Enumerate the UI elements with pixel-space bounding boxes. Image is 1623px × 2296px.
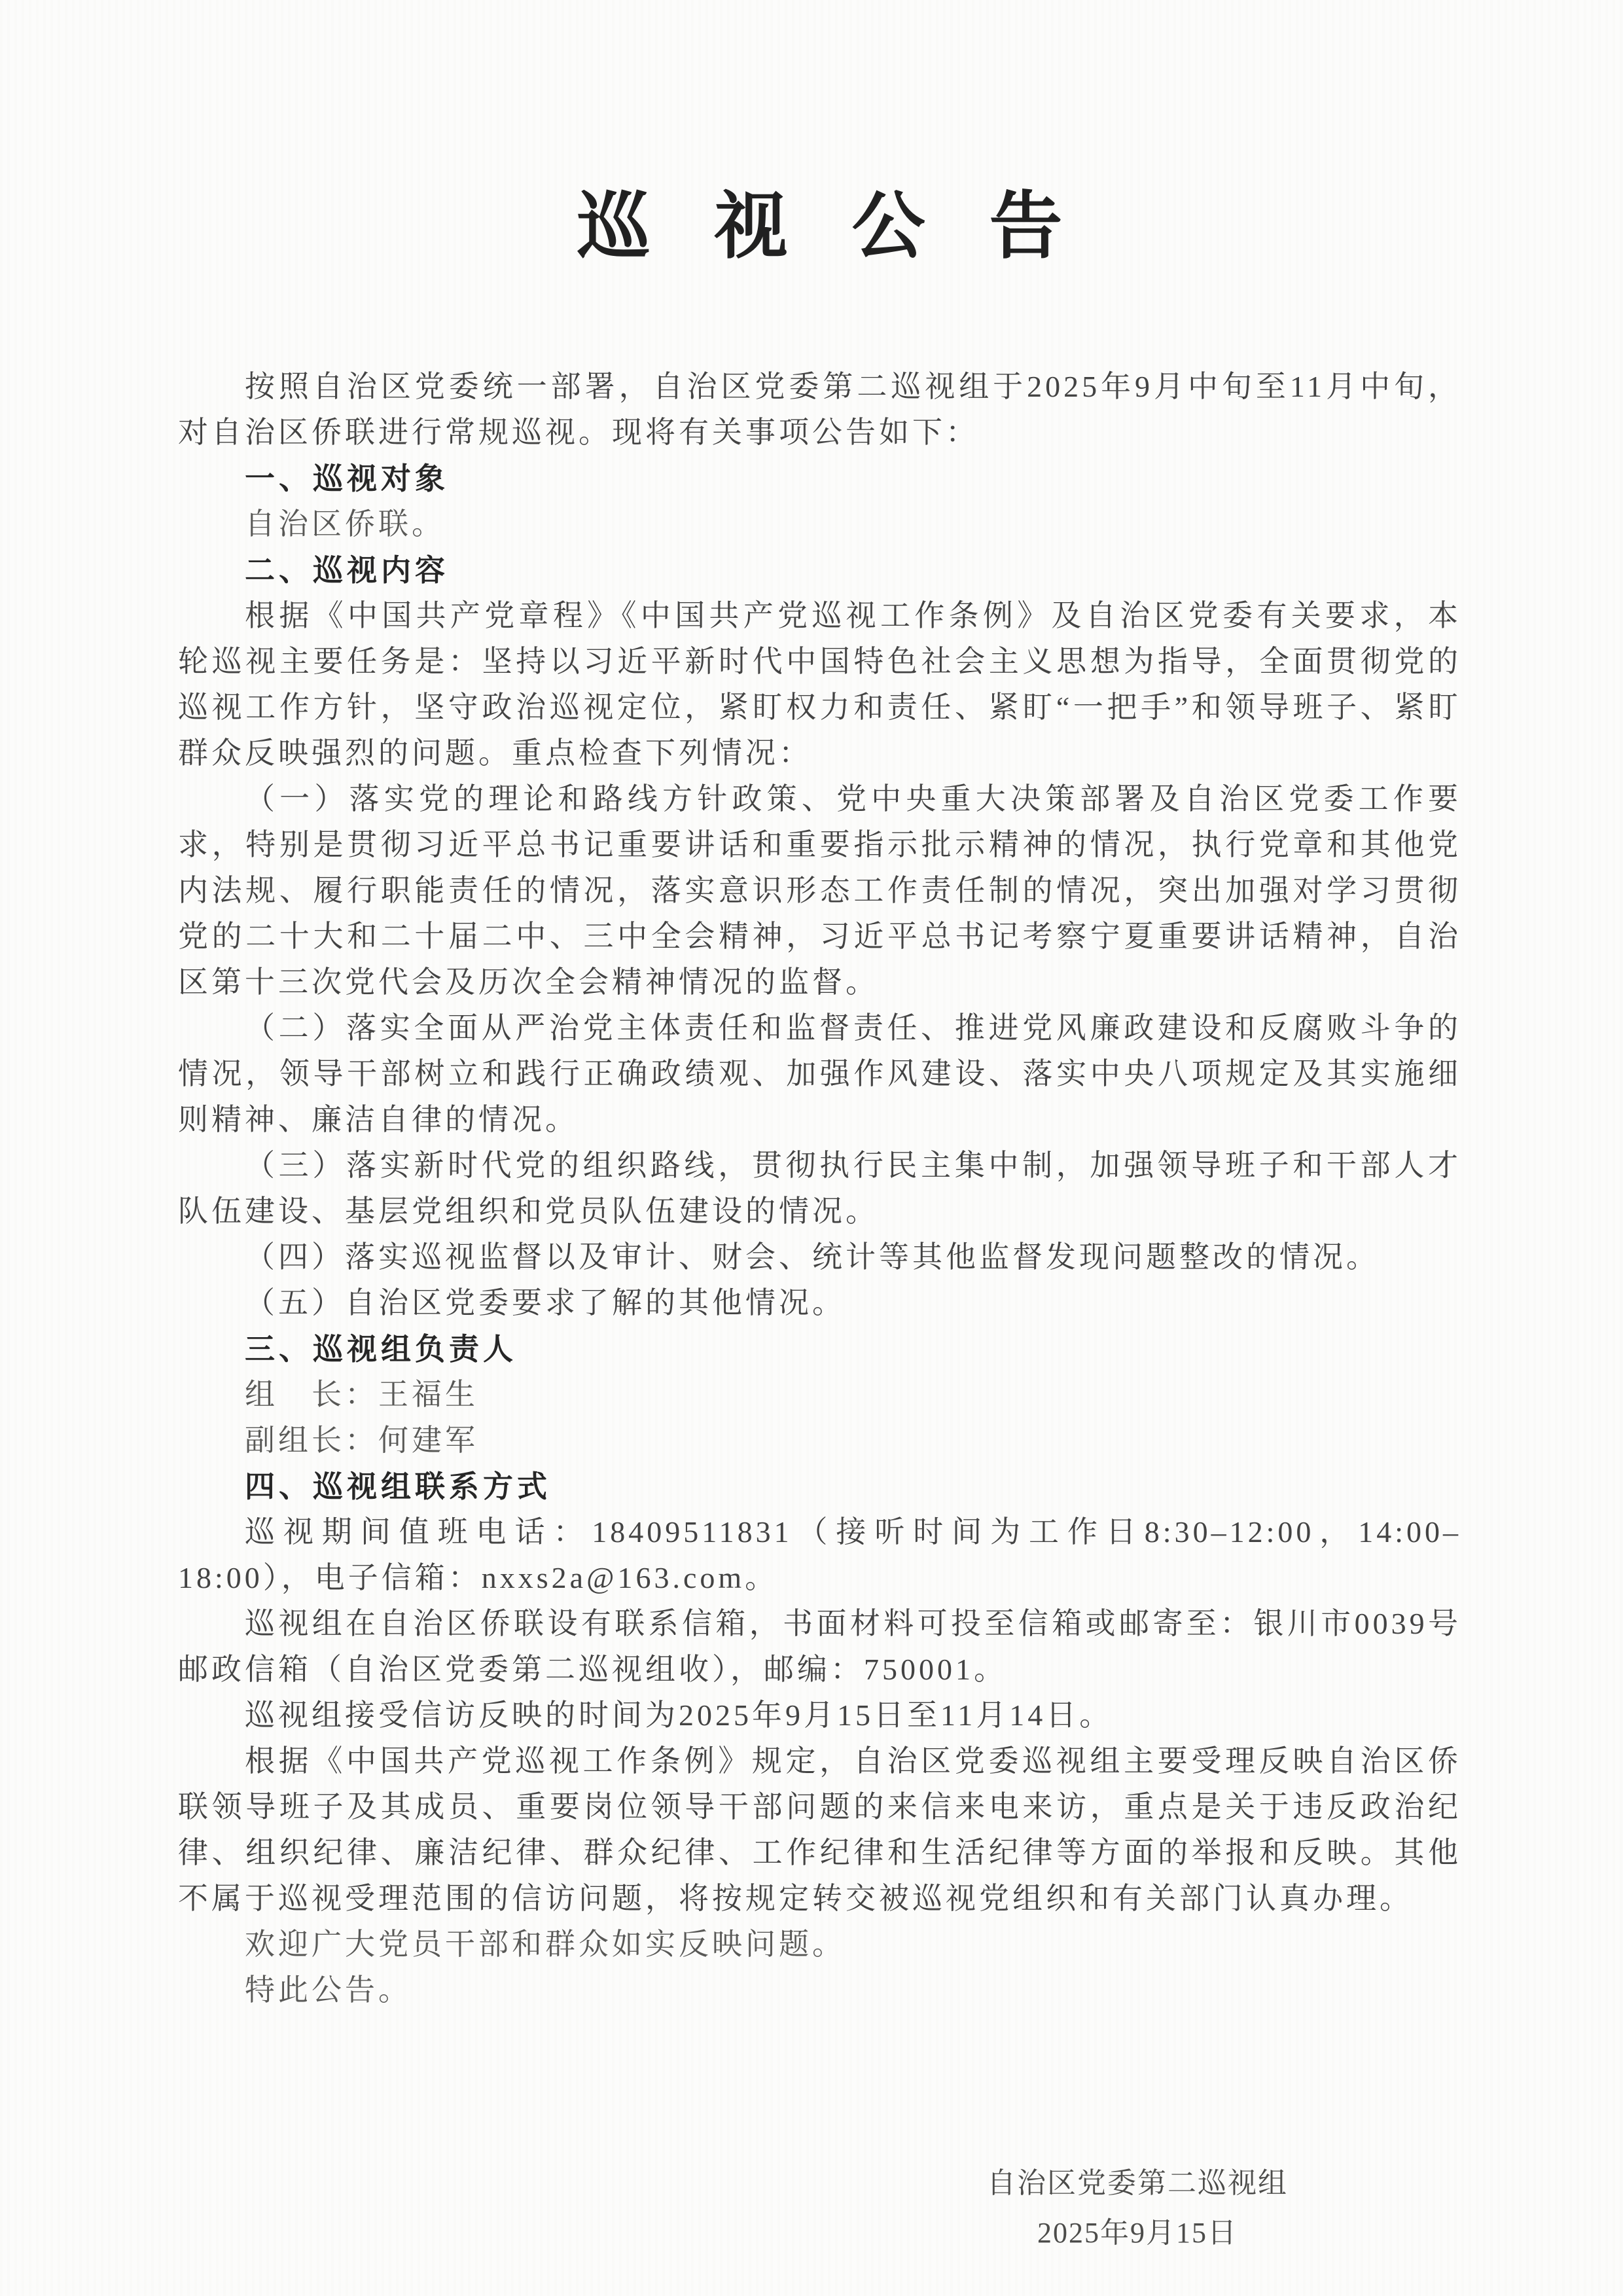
welcome-paragraph: 欢迎广大党员干部和群众如实反映问题。 [178, 1922, 1461, 1967]
mailbox-contact-paragraph: 巡视组在自治区侨联设有联系信箱，书面材料可投至信箱或邮寄至：银川市0039号邮政… [178, 1601, 1461, 1693]
inspection-item-5-paragraph: （五）自治区党委要求了解的其他情况。 [178, 1280, 1461, 1326]
signature-block: 自治区党委第二巡视组 2025年9月15日 [987, 2161, 1288, 2256]
document-title: 巡视公告 [178, 174, 1461, 280]
closing-paragraph: 特此公告。 [178, 1967, 1461, 2013]
section-4-heading: 四、巡视组联系方式 [178, 1463, 1461, 1509]
inspection-item-1-paragraph: （一）落实党的理论和路线方针政策、党中央重大决策部署及自治区党委工作要求，特别是… [178, 776, 1461, 1005]
acceptance-scope-paragraph: 根据《中国共产党巡视工作条例》规定，自治区党委巡视组主要受理反映自治区侨联领导班… [178, 1738, 1461, 1922]
document-body: 按照自治区党委统一部署，自治区党委第二巡视组于2025年9月中旬至11月中旬，对… [178, 364, 1461, 2013]
inspection-item-3-paragraph: （三）落实新时代党的组织路线，贯彻执行民主集中制，加强领导班子和干部人才队伍建设… [178, 1143, 1461, 1234]
intro-paragraph: 按照自治区党委统一部署，自治区党委第二巡视组于2025年9月中旬至11月中旬，对… [178, 364, 1461, 456]
petition-period-paragraph: 巡视组接受信访反映的时间为2025年9月15日至11月14日。 [178, 1693, 1461, 1738]
inspection-item-4-paragraph: （四）落实巡视监督以及审计、财会、统计等其他监督发现问题整改的情况。 [178, 1234, 1461, 1280]
group-leader-line: 组 长：王福生 [178, 1372, 1461, 1418]
section-2-heading: 二、巡视内容 [178, 547, 1461, 593]
section-1-heading: 一、巡视对象 [178, 456, 1461, 501]
signature-organization: 自治区党委第二巡视组 [987, 2161, 1288, 2206]
inspection-target-paragraph: 自治区侨联。 [178, 501, 1461, 547]
deputy-group-leader-line: 副组长：何建军 [178, 1418, 1461, 1463]
inspection-content-intro-paragraph: 根据《中国共产党章程》《中国共产党巡视工作条例》及自治区党委有关要求，本轮巡视主… [178, 593, 1461, 776]
inspection-item-2-paragraph: （二）落实全面从严治党主体责任和监督责任、推进党风廉政建设和反腐败斗争的情况，领… [178, 1005, 1461, 1143]
notice-page: 巡视公告 按照自治区党委统一部署，自治区党委第二巡视组于2025年9月中旬至11… [0, 0, 1623, 2296]
phone-contact-paragraph: 巡视期间值班电话：18409511831（接听时间为工作日8:30–12:00，… [178, 1509, 1461, 1601]
signature-date: 2025年9月15日 [987, 2210, 1288, 2256]
section-3-heading: 三、巡视组负责人 [178, 1326, 1461, 1372]
